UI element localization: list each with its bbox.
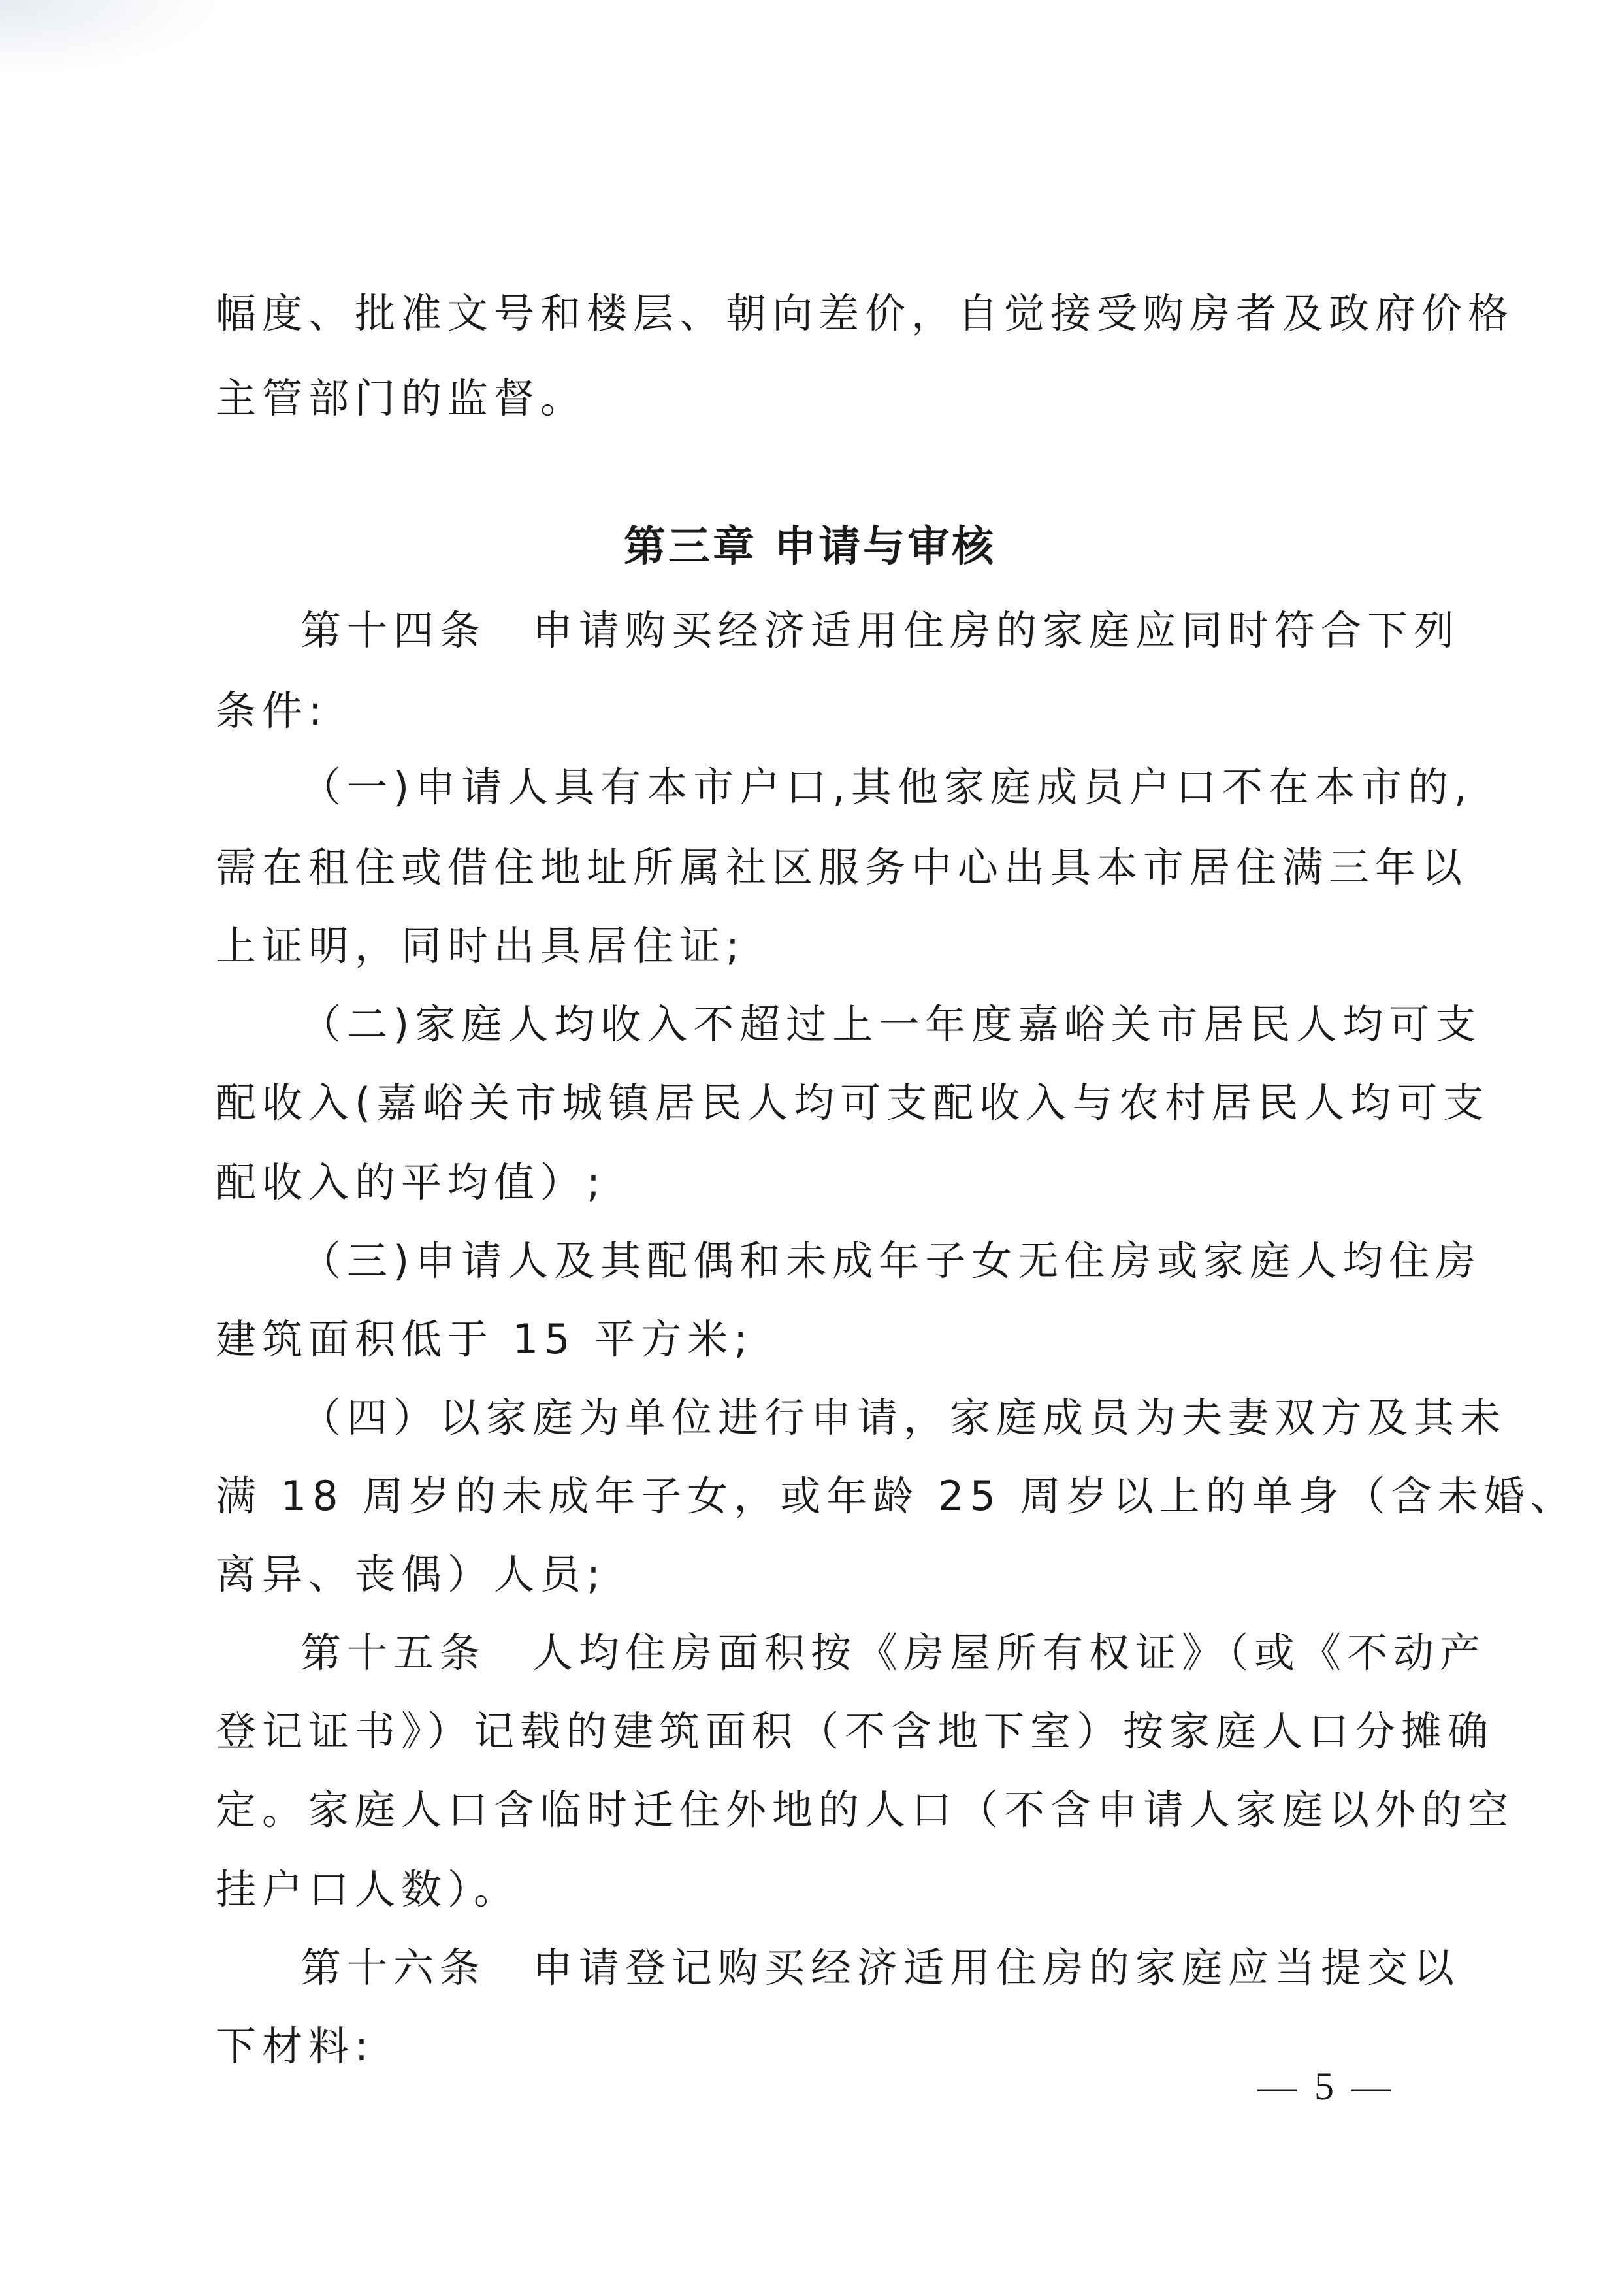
- text-line: 满 18 周岁的未成年子女，或年龄 25 周岁以上的单身（含未婚、: [216, 1470, 1577, 1522]
- chapter-title: 第三章 申请与审核: [216, 521, 1404, 573]
- document-page: 幅度、批准文号和楼层、朝向差价，自觉接受购房者及政府价格 主管部门的监督。 第三…: [0, 0, 1618, 2296]
- text-line: 需在租住或借住地址所属社区服务中心出具本市居住满三年以: [216, 842, 1468, 894]
- clause-2-line: （二)家庭人均收入不超过上一年度嘉峪关市居民人均可支: [300, 998, 1481, 1051]
- text-line: 上证明，同时出具居住证;: [216, 920, 745, 972]
- clause-3-line: （三)申请人及其配偶和未成年子女无住房或家庭人均住房: [300, 1235, 1481, 1287]
- text-line: 下材料:: [216, 2020, 374, 2073]
- text-line: 建筑面积低于 15 平方米;: [216, 1313, 753, 1366]
- scan-artifact: [0, 0, 222, 78]
- article-16-heading-line: 第十六条 申请登记购买经济适用住房的家庭应当提交以: [300, 1942, 1460, 1994]
- text-line: 离异、丧偶）人员;: [216, 1549, 606, 1601]
- text-line: 挂户口人数）。: [216, 1863, 520, 1916]
- article-15-heading-line: 第十五条 人均住房面积按《房屋所有权证》（或《不动产: [300, 1627, 1486, 1679]
- text-line: 配收入(嘉峪关市城镇居民人均可支配收入与农村居民人均可支: [216, 1077, 1489, 1129]
- text-line: 幅度、批准文号和楼层、朝向差价，自觉接受购房者及政府价格: [216, 287, 1514, 340]
- page-number: — 5 —: [1257, 2063, 1395, 2109]
- text-line: 条件:: [216, 685, 328, 737]
- text-line: 定。家庭人口含临时迁住外地的人口（不含申请人家庭以外的空: [216, 1784, 1514, 1836]
- text-line: 配收入的平均值）;: [216, 1156, 606, 1209]
- text-line: 登记证书》）记载的建筑面积（不含地下室）按家庭人口分摊确: [216, 1705, 1494, 1758]
- text-line: 主管部门的监督。: [216, 372, 587, 425]
- article-14-heading-line: 第十四条 申请购买经济适用住房的家庭应同时符合下列: [300, 604, 1460, 657]
- clause-4-line: （四）以家庭为单位进行申请，家庭成员为夫妻双方及其未: [300, 1392, 1506, 1444]
- clause-1-line: （一)申请人具有本市户口,其他家庭成员户口不在本市的,: [300, 761, 1473, 813]
